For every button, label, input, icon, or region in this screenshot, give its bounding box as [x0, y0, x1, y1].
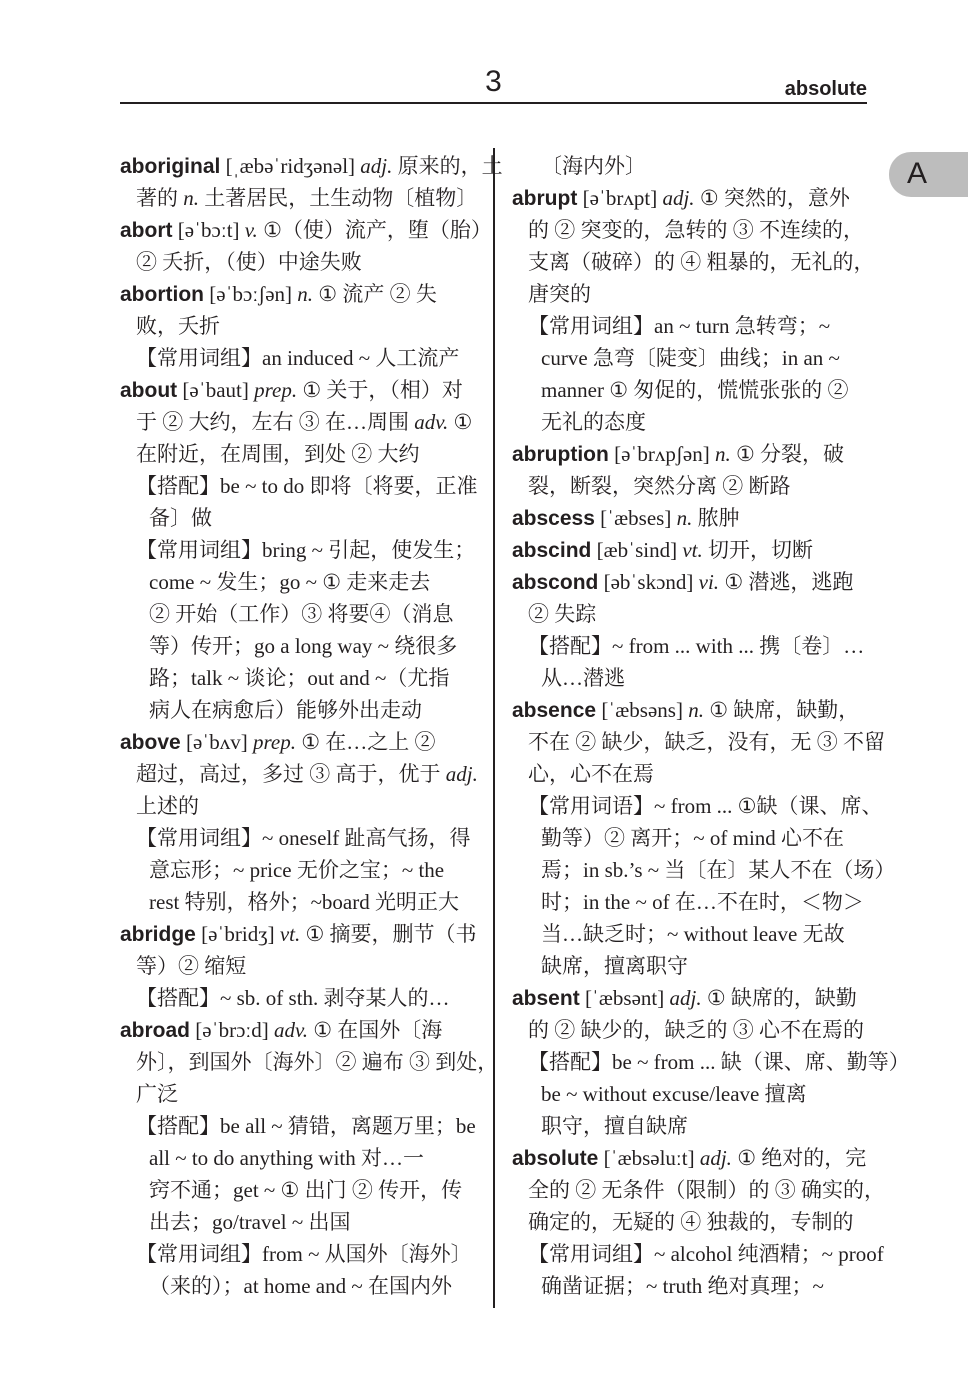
entry-text: 支离（破碎）的 ④ 粗暴的，无礼的，	[528, 250, 875, 274]
entry-line: curve 急弯〔陡变〕曲线；in an ~	[512, 342, 868, 374]
entry-text: 病人在病愈后）能够外出走动	[149, 698, 422, 722]
entry-headline: abrupt [əˈbrʌpt] adj. ① 突然的，意外	[512, 182, 868, 214]
entry-line: 上述的	[120, 790, 476, 822]
entry-line: 【搭配】be ~ from ... 缺（课、席、勤等）	[512, 1046, 868, 1078]
entry-headline: aboriginal [ˌæbəˈridʒənəl] adj. 原来的，土	[120, 150, 476, 182]
part-of-speech: vt.	[682, 538, 702, 562]
part-of-speech: adv.	[274, 1018, 308, 1042]
part-of-speech: n.	[183, 186, 199, 210]
entry-line: 【常用词组】~ alcohol 纯酒精；~ proof	[512, 1238, 868, 1270]
part-of-speech: prep.	[253, 730, 296, 754]
entry-text: [əˈbɔːt]	[173, 218, 245, 242]
entry-line: rest 特别，格外；~board 光明正大	[120, 886, 476, 918]
part-of-speech: adj.	[670, 986, 702, 1010]
entry-line: 败，夭折	[120, 310, 476, 342]
entry-text: 的 ② 缺少的，缺乏的 ③ 心不在焉的	[528, 1018, 864, 1042]
entry-text: ① 绝对的，完	[732, 1146, 866, 1170]
headword: above	[120, 731, 181, 754]
entry-text: 【常用词组】an induced ~ 人工流产	[136, 346, 459, 370]
entry-line: ② 失踪	[512, 598, 868, 630]
entry-text: 焉；in sb.’s ~ 当〔在〕某人不在（场）	[541, 858, 895, 882]
entry-text: [ˈæbsənt]	[580, 986, 670, 1010]
entry-text: 的 ② 突变的，急转的 ③ 不连续的，	[528, 218, 864, 242]
entry-line: 窍不通；get ~ ① 出门 ② 传开，传	[120, 1174, 476, 1206]
entry-line: 等）传开；go a long way ~ 绕很多	[120, 630, 476, 662]
entry-line: manner ① 匆促的，慌慌张张的 ②	[512, 374, 868, 406]
entry-text: 【搭配】~ from ... with ... 携〔卷〕…	[528, 634, 864, 658]
entry-text: 窍不通；get ~ ① 出门 ② 传开，传	[149, 1178, 462, 1202]
entry-line: 【常用词组】from ~ 从国外〔海外〕	[120, 1238, 476, 1270]
entry-headline: above [əˈbʌv] prep. ① 在…之上 ②	[120, 726, 476, 758]
thumb-index-tab: A	[889, 152, 968, 197]
headword: abruption	[512, 443, 609, 466]
headword: abrupt	[512, 187, 577, 210]
left-column: aboriginal [ˌæbəˈridʒənəl] adj. 原来的，土著的 …	[120, 150, 476, 1302]
entry-headline: abridge [əˈbridʒ] vt. ① 摘要，删节（书	[120, 918, 476, 950]
entry-text: 【搭配】be ~ from ... 缺（课、席、勤等）	[528, 1050, 910, 1074]
entry-text: ② 开始（工作）③ 将要④（消息	[149, 602, 454, 626]
right-column: 〔海内外〕abrupt [əˈbrʌpt] adj. ① 突然的，意外的 ② 突…	[512, 150, 868, 1302]
entry-text: ① 流产 ② 失	[313, 282, 437, 306]
entry-text: ① 突然的，意外	[695, 186, 850, 210]
entry-text: 【常用词语】~ from ... ①缺（课、席、	[528, 794, 883, 818]
entry-headline: abscond [əbˈskɔnd] vi. ① 潜逃，逃跑	[512, 566, 868, 598]
entry-text: [əbˈskɔnd]	[598, 570, 698, 594]
entry-text: ① 潜逃，逃跑	[719, 570, 853, 594]
entry-text: 无礼的态度	[541, 410, 646, 434]
entry-line: 职守，擅自缺席	[512, 1110, 868, 1142]
part-of-speech: n.	[688, 698, 704, 722]
entry-text: ① 分裂，破	[731, 442, 844, 466]
headword: absent	[512, 987, 580, 1010]
entry-line: 的 ② 突变的，急转的 ③ 不连续的，	[512, 214, 868, 246]
entry-text: ① 摘要，删节（书	[300, 922, 476, 946]
entry-text: manner ① 匆促的，慌慌张张的 ②	[541, 378, 849, 402]
entry-headline: absent [ˈæbsənt] adj. ① 缺席的，缺勤	[512, 982, 868, 1014]
entry-line: （来的）；at home and ~ 在国内外	[120, 1270, 476, 1302]
entry-text: curve 急弯〔陡变〕曲线；in an ~	[541, 346, 840, 370]
entry-text: 外〕，到国外〔海外〕② 遍布 ③ 到处，	[136, 1050, 498, 1074]
entry-text: [əˈbʌv]	[181, 730, 253, 754]
part-of-speech: adv.	[414, 410, 448, 434]
entry-text: 脓肿	[692, 506, 739, 530]
entry-text: ① 缺席，缺勤，	[704, 698, 859, 722]
entry-text: 不在 ② 缺少，缺乏，没有，无 ③ 不留	[528, 730, 885, 754]
entry-text: 广泛	[136, 1082, 178, 1106]
entry-text: 心，心不在焉	[528, 762, 654, 786]
entry-line: 【常用词组】an ~ turn 急转弯；~	[512, 310, 868, 342]
entry-line: ② 夭折，（使）中途失败	[120, 246, 476, 278]
entry-text: 唐突的	[528, 282, 591, 306]
entry-text: 当…缺乏时；~ without leave 无故	[541, 922, 845, 946]
entry-line: 的 ② 缺少的，缺乏的 ③ 心不在焉的	[512, 1014, 868, 1046]
entry-line: 无礼的态度	[512, 406, 868, 438]
entry-text: 在附近，在周围，到处 ② 大约	[136, 442, 420, 466]
entry-text: 败，夭折	[136, 314, 220, 338]
entry-text: 职守，擅自缺席	[541, 1114, 688, 1138]
entry-text: [ˈæbses]	[595, 506, 677, 530]
part-of-speech: n.	[715, 442, 731, 466]
entry-line: 〔海内外〕	[512, 150, 868, 182]
entry-text: ② 失踪	[528, 602, 596, 626]
entry-text: 等）传开；go a long way ~ 绕很多	[149, 634, 457, 658]
entry-line: 【常用词组】an induced ~ 人工流产	[120, 342, 476, 374]
headword: abscess	[512, 507, 595, 530]
entry-text: 于 ② 大约，左右 ③ 在…周围	[136, 410, 414, 434]
guide-word: absolute	[785, 77, 867, 101]
entry-text: 裂，断裂，突然分离 ② 断路	[528, 474, 791, 498]
part-of-speech: prep.	[254, 378, 297, 402]
entry-text: 确定的，无疑的 ④ 独裁的，专制的	[528, 1210, 854, 1234]
entry-headline: absence [ˈæbsəns] n. ① 缺席，缺勤，	[512, 694, 868, 726]
entry-line: 【常用词组】bring ~ 引起，使发生；	[120, 534, 476, 566]
entry-text: ① 缺席的，缺勤	[702, 986, 857, 1010]
entry-headline: abscess [ˈæbses] n. 脓肿	[512, 502, 868, 534]
entry-line: 路；talk ~ 谈论；out and ~（尤指	[120, 662, 476, 694]
entry-text: [ˌæbəˈridʒənəl]	[220, 154, 360, 178]
entry-text: 【常用词组】from ~ 从国外〔海外〕	[136, 1242, 472, 1266]
entry-text: 从…潜逃	[541, 666, 625, 690]
entry-line: ② 开始（工作）③ 将要④（消息	[120, 598, 476, 630]
entry-line: 病人在病愈后）能够外出走动	[120, 694, 476, 726]
entry-headline: absolute [ˈæbsəluːt] adj. ① 绝对的，完	[512, 1142, 868, 1174]
entry-line: be ~ without excuse/leave 擅离	[512, 1078, 868, 1110]
headword: abscind	[512, 539, 591, 562]
entry-text: 著的	[136, 186, 183, 210]
entry-text: 缺席，擅离职守	[541, 954, 688, 978]
headword: absence	[512, 699, 596, 722]
entry-line: 著的 n. 土著居民，土生动物〔植物〕	[120, 182, 476, 214]
part-of-speech: v.	[245, 218, 258, 242]
entry-line: 出去；go/travel ~ 出国	[120, 1206, 476, 1238]
entry-text: 【搭配】~ sb. of sth. 剥夺某人的…	[136, 986, 450, 1010]
headword: aboriginal	[120, 155, 220, 178]
entry-text: ①	[448, 410, 472, 434]
entry-text: 意忘形；~ price 无价之宝；~ the	[149, 858, 444, 882]
entry-text: 【常用词组】~ oneself 趾高气扬，得	[136, 826, 471, 850]
part-of-speech: adj.	[700, 1146, 732, 1170]
entry-line: 当…缺乏时；~ without leave 无故	[512, 918, 868, 950]
entry-line: 心，心不在焉	[512, 758, 868, 790]
headword: abscond	[512, 571, 598, 594]
entry-text: 超过，高过，多过 ③ 高于，优于	[136, 762, 446, 786]
entry-text: 确凿证据；~ truth 绝对真理；~	[541, 1274, 824, 1298]
entry-line: 唐突的	[512, 278, 868, 310]
part-of-speech: vt.	[280, 922, 300, 946]
entry-line: 不在 ② 缺少，缺乏，没有，无 ③ 不留	[512, 726, 868, 758]
entry-line: 勤等）② 离开；~ of mind 心不在	[512, 822, 868, 854]
entry-text: 路；talk ~ 谈论；out and ~（尤指	[149, 666, 449, 690]
entry-line: 支离（破碎）的 ④ 粗暴的，无礼的，	[512, 246, 868, 278]
entry-line: 【常用词组】~ oneself 趾高气扬，得	[120, 822, 476, 854]
entry-text: 原来的，土	[392, 154, 502, 178]
entry-text: 出去；go/travel ~ 出国	[149, 1210, 351, 1234]
entry-line: 意忘形；~ price 无价之宝；~ the	[120, 854, 476, 886]
entry-text: 备〕做	[149, 506, 212, 530]
entry-text: [æbˈsind]	[591, 538, 682, 562]
entry-headline: abruption [əˈbrʌpʃən] n. ① 分裂，破	[512, 438, 868, 470]
entry-line: 缺席，擅离职守	[512, 950, 868, 982]
entry-line: 于 ② 大约，左右 ③ 在…周围 adv. ①	[120, 406, 476, 438]
part-of-speech: n.	[297, 282, 313, 306]
entry-text: [əˈbɔːʃən]	[204, 282, 297, 306]
entry-line: 全的 ② 无条件（限制）的 ③ 确实的，	[512, 1174, 868, 1206]
entry-text: [əˈbrʌpʃən]	[609, 442, 715, 466]
entry-text: 土著居民，土生动物〔植物〕	[199, 186, 477, 210]
entry-text: all ~ to do anything with 对…一	[149, 1146, 424, 1170]
entry-text: （来的）；at home and ~ 在国内外	[149, 1274, 452, 1298]
headword: abroad	[120, 1019, 190, 1042]
entry-headline: abortion [əˈbɔːʃən] n. ① 流产 ② 失	[120, 278, 476, 310]
entry-text: ② 夭折，（使）中途失败	[136, 250, 362, 274]
entry-text: 上述的	[136, 794, 199, 818]
page-number: 3	[120, 64, 867, 100]
entry-text: 【常用词组】~ alcohol 纯酒精；~ proof	[528, 1242, 884, 1266]
part-of-speech: adj.	[662, 186, 694, 210]
column-divider	[493, 148, 495, 1308]
part-of-speech: adj.	[360, 154, 392, 178]
entry-text: [əˈbrʌpt]	[577, 186, 662, 210]
entry-line: 广泛	[120, 1078, 476, 1110]
entry-line: 确凿证据；~ truth 绝对真理；~	[512, 1270, 868, 1302]
entry-line: 焉；in sb.’s ~ 当〔在〕某人不在（场）	[512, 854, 868, 886]
entry-line: 确定的，无疑的 ④ 独裁的，专制的	[512, 1206, 868, 1238]
entry-text: ①（使）流产，堕（胎）	[258, 218, 492, 242]
entry-text: 时；in the ~ of 在…不在时，＜物＞	[541, 890, 864, 914]
entry-line: 【搭配】~ from ... with ... 携〔卷〕…	[512, 630, 868, 662]
entry-line: 超过，高过，多过 ③ 高于，优于 adj.	[120, 758, 476, 790]
headword: abort	[120, 219, 173, 242]
entry-line: 在附近，在周围，到处 ② 大约	[120, 438, 476, 470]
entry-line: 【常用词语】~ from ... ①缺（课、席、	[512, 790, 868, 822]
part-of-speech: adj.	[446, 762, 478, 786]
entry-text: 【搭配】be all ~ 猜错，离题万里；be	[136, 1114, 476, 1138]
entry-text: ① 关于，（相）对	[297, 378, 463, 402]
entry-text: 全的 ② 无条件（限制）的 ③ 确实的，	[528, 1178, 885, 1202]
entry-text: [ˈæbsəns]	[596, 698, 688, 722]
entry-line: 备〕做	[120, 502, 476, 534]
entry-text: [əˈbridʒ]	[196, 922, 280, 946]
headword: abridge	[120, 923, 196, 946]
entry-line: come ~ 发生；go ~ ① 走来走去	[120, 566, 476, 598]
entry-text: ① 在…之上 ②	[296, 730, 436, 754]
entry-text: 〔海内外〕	[541, 154, 646, 178]
entry-line: all ~ to do anything with 对…一	[120, 1142, 476, 1174]
entry-text: rest 特别，格外；~board 光明正大	[149, 890, 459, 914]
entry-text: 勤等）② 离开；~ of mind 心不在	[541, 826, 844, 850]
entry-line: 【搭配】~ sb. of sth. 剥夺某人的…	[120, 982, 476, 1014]
entry-text: 等）② 缩短	[136, 954, 246, 978]
entry-text: 切开，切断	[703, 538, 813, 562]
entry-line: 【搭配】be ~ to do 即将〔将要，正准	[120, 470, 476, 502]
entry-text: 【常用词组】bring ~ 引起，使发生；	[136, 538, 475, 562]
entry-text: ① 在国外〔海	[308, 1018, 442, 1042]
entry-line: 等）② 缩短	[120, 950, 476, 982]
entry-text: [ˈæbsəluːt]	[598, 1146, 699, 1170]
headword: absolute	[512, 1147, 598, 1170]
entry-text: be ~ without excuse/leave 擅离	[541, 1082, 807, 1106]
headword: abortion	[120, 283, 204, 306]
entry-headline: about [əˈbaut] prep. ① 关于，（相）对	[120, 374, 476, 406]
entry-text: [əˈbaut]	[177, 378, 254, 402]
entry-text: come ~ 发生；go ~ ① 走来走去	[149, 570, 430, 594]
part-of-speech: vi.	[699, 570, 719, 594]
entry-text: [əˈbrɔːd]	[190, 1018, 274, 1042]
entry-text: 【搭配】be ~ to do 即将〔将要，正准	[136, 474, 478, 498]
entry-line: 裂，断裂，突然分离 ② 断路	[512, 470, 868, 502]
entry-text: 【常用词组】an ~ turn 急转弯；~	[528, 314, 830, 338]
part-of-speech: n.	[677, 506, 693, 530]
entry-line: 外〕，到国外〔海外〕② 遍布 ③ 到处，	[120, 1046, 476, 1078]
entry-headline: abort [əˈbɔːt] v. ①（使）流产，堕（胎）	[120, 214, 476, 246]
entry-headline: abscind [æbˈsind] vt. 切开，切断	[512, 534, 868, 566]
entry-line: 时；in the ~ of 在…不在时，＜物＞	[512, 886, 868, 918]
entry-line: 从…潜逃	[512, 662, 868, 694]
page-header: 3 absolute	[120, 62, 867, 104]
entry-headline: abroad [əˈbrɔːd] adv. ① 在国外〔海	[120, 1014, 476, 1046]
headword: about	[120, 379, 177, 402]
thumb-index-letter: A	[907, 156, 927, 192]
entry-line: 【搭配】be all ~ 猜错，离题万里；be	[120, 1110, 476, 1142]
